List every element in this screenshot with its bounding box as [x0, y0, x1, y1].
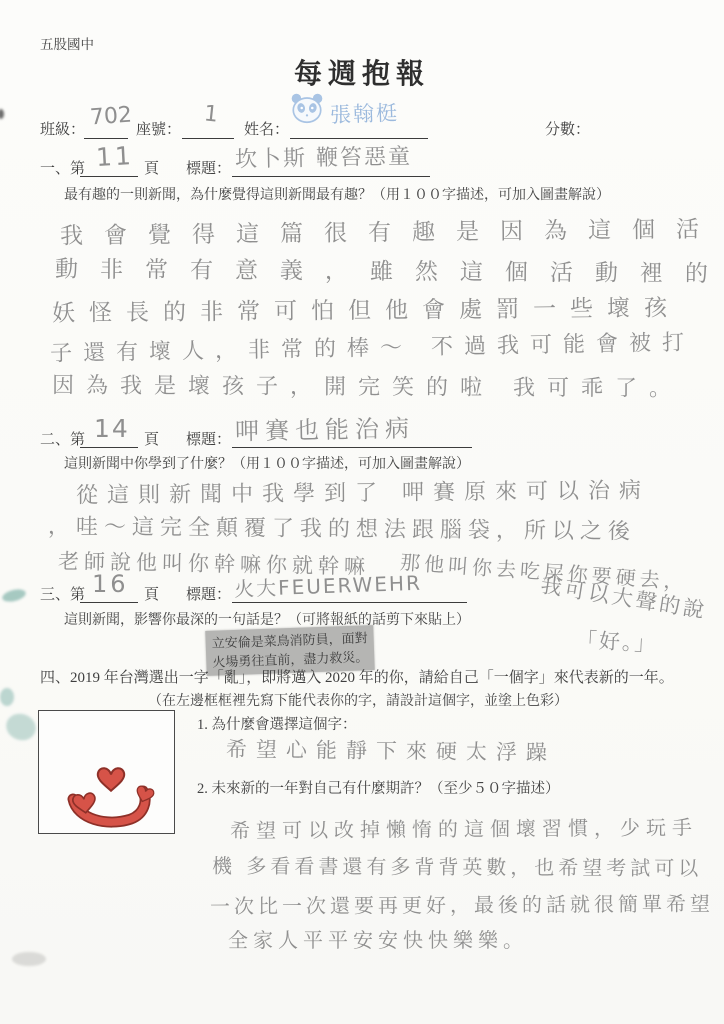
section4-q2-answer-line: 希望可以改掉懶惰的這個壞習慣，少玩手	[230, 811, 698, 843]
section2-page-unit: 頁	[144, 428, 159, 449]
scan-speck	[0, 109, 4, 119]
ink-smudge-teal	[2, 710, 39, 745]
character-design-box	[38, 710, 175, 834]
section2-page-value: 14	[94, 414, 130, 443]
name-stamp-value: 張翰梃	[329, 97, 399, 129]
ink-smudge-teal	[0, 688, 14, 706]
name-label: 姓名：	[244, 118, 289, 139]
section3-page-value: 16	[92, 570, 129, 598]
section4-q1-label: 1. 為什麼會選擇這個字：	[197, 713, 357, 734]
class-value: 702	[89, 103, 133, 131]
heart-xin-drawing	[39, 711, 174, 833]
section1-page-value: 11	[95, 141, 134, 172]
ink-smudge-teal	[1, 587, 27, 603]
class-label: 班級：	[40, 118, 85, 139]
panda-stamp-icon	[288, 92, 326, 124]
section4-q2-answer-line: 機 多看看書還有多背背英數，也希望考試可以	[212, 850, 703, 882]
score-label: 分數：	[545, 118, 590, 139]
section4-q2-label: 2. 未來新的一年對自己有什麼期許？（至少５０字描述）	[197, 777, 560, 798]
section1-title-label: 標題：	[186, 157, 231, 178]
section2-answer-line: 從這則新聞中我學到了 呷賽原來可以治病	[76, 473, 650, 509]
page-title: 每週抱報	[0, 52, 724, 92]
section1-answer-line: 妖怪長的非常可怕但他會處罰一些壞孩	[52, 289, 681, 327]
section1-answer-line: 子還有壞人，非常的棒～ 不過我可能會被打	[50, 325, 695, 367]
section2-title-label: 標題：	[186, 428, 231, 449]
section4-header: 四、2019 年台灣選出一字「亂」，即將邁入 2020 年的你，請給自己「一個字…	[40, 666, 674, 687]
section2-title-value: 呷賽也能治病	[235, 408, 416, 446]
section2-answer-overflow: 「好。」	[575, 624, 658, 658]
school-name: 五股國中	[40, 33, 94, 53]
seat-label: 座號：	[136, 118, 181, 139]
section2-question: 這則新聞中你學到了什麼？（用１００字描述，可加入圖畫解說）	[64, 453, 470, 473]
section1-answer-line: 因為我是壞孩子，開完笑的啦 我可乖了。	[52, 368, 683, 402]
section2-answer-line: ，哇～這完全顛覆了我的想法跟腦袋，所以之後	[48, 509, 636, 545]
seat-value: 1	[203, 101, 220, 127]
section3-page-unit: 頁	[144, 583, 159, 604]
section1-question: 最有趣的一則新聞，為什麼覺得這則新聞最有趣？（用１００字描述，可加入圖畫解說）	[64, 184, 610, 204]
section1-answer-line: 動非常有意義，雖然這個活動裡的	[55, 251, 724, 289]
section4-note: （在左邊框框裡先寫下能代表你的字，請設計這個字，並塗上色彩）	[148, 690, 568, 710]
section2-number: 二、第	[40, 428, 85, 449]
scan-smudge-gray	[12, 952, 46, 966]
section4-q2-answer-line: 全家人平平安安快快樂樂。	[228, 924, 528, 953]
section1-title-value: 坎卜斯 鞭笞惡童	[235, 139, 413, 173]
section3-title-label: 標題：	[186, 583, 231, 604]
section3-question: 這則新聞，影響你最深的一句話是？（可將報紙的話剪下來貼上）	[64, 609, 470, 629]
section4-q2-answer-line: 一次比一次還要再更好，最後的話就很簡單希望	[210, 888, 714, 920]
section3-number: 三、第	[40, 583, 85, 604]
section1-answer-line: 我會覺得這篇很有趣是因為這個活	[60, 211, 720, 251]
section4-q1-answer: 希望心能靜下來硬太浮躁	[226, 733, 556, 766]
section1-page-unit: 頁	[144, 157, 159, 178]
scanned-worksheet-page: 五股國中 每週抱報 班級： 702 座號： 1 姓名： 張翰梃 分數： 一、第 …	[0, 0, 724, 1024]
section1-number: 一、第	[40, 157, 85, 178]
